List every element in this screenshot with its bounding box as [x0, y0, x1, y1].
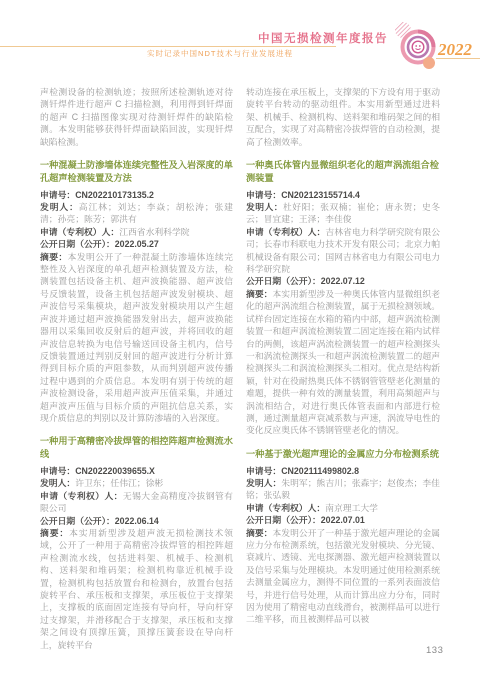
field-label: 申请（专利权）人：: [40, 227, 119, 237]
patent-title: 一种混凝土防渗墙体连续完整性及入岩深度的单孔超声检测装置及方法: [40, 159, 233, 185]
field-value: 2022.05.27: [115, 239, 159, 249]
patent-entry: 一种用于高精密冷拔焊管的相控阵超声检测流水线 申请号：CN20222003965…: [40, 435, 233, 651]
field-application-no: 申请号：CN202123155714.4: [246, 189, 440, 201]
page-header: 实时记录中国NDT技术与行业发展进程 中国无损检测年度报告: [0, 0, 480, 70]
field-label: 申请号：: [40, 190, 75, 200]
header-rule-right: [436, 58, 480, 59]
abstract-text: 本实用新型涉及超声波无损检测技术领域，公开了一种用于高精密冷拔焊管的相控阵超声检…: [40, 528, 233, 650]
abstract-text: 本发明公开了一种基于激光超声理论的金属应力分布检测系统，包括激光发射模块、分光镜…: [246, 528, 440, 625]
field-label: 发明人：: [40, 478, 75, 488]
field-value: CN202220039655.X: [75, 466, 155, 476]
field-label: 申请（专利权）人：: [246, 227, 325, 237]
field-value: 江西省水利科学院: [119, 227, 189, 237]
ndt-report-logo-icon: [392, 20, 438, 70]
abstract-label: 摘要：: [246, 528, 272, 538]
field-label: 申请（专利权）人：: [40, 491, 123, 501]
field-label: 申请（专利权）人：: [246, 503, 325, 513]
abstract-label: 摘要：: [246, 289, 272, 299]
field-publication-date: 公开日期（公开）：2022.05.27: [40, 238, 233, 250]
field-application-no: 申请号：CN202220039655.X: [40, 465, 233, 477]
field-application-no: 申请号：CN202210173135.2: [40, 189, 233, 201]
abstract-label: 摘要：: [40, 252, 68, 262]
field-inventors: 发明人：杜好阳；张双楠；崔伦；唐永贺；史冬云；冒宜建；王泽；李佳俊: [246, 201, 440, 226]
field-publication-date: 公开日期（公开）：2022.07.12: [246, 275, 440, 287]
year-label: 2022: [438, 40, 472, 60]
field-label: 发明人：: [246, 478, 281, 488]
patent-entry: 一种奥氏体管内显微组织老化的超声涡流组合检测装置 申请号：CN202123155…: [246, 159, 440, 437]
field-value: 南京理工大学: [325, 503, 378, 513]
report-title: 中国无损检测年度报告: [258, 30, 388, 46]
continued-paragraph: 转动连接在承压板上，支撑架的下方设有用于驱动旋转平台转动的驱动组件。本实用新型通…: [246, 86, 440, 148]
continued-paragraph: 声检测设备的检测轨迹；按照所述检测轨迹对待测钎焊件进行超声 C 扫描检测，利用得…: [40, 86, 233, 148]
patent-abstract: 摘要：本发明公开了一种混凝土防渗墙体连续完整性及入岩深度的单孔超声检测装置及方法…: [40, 251, 233, 425]
abstract-label: 摘要：: [40, 528, 69, 538]
field-label: 发明人：: [246, 202, 283, 212]
patent-entry: 一种基于激光超声理论的金属应力分布检测系统 申请号：CN202111499802…: [246, 448, 440, 626]
patent-abstract: 摘要：本实用新型涉及超声波无损检测技术领域，公开了一种用于高精密冷拔焊管的相控阵…: [40, 527, 233, 651]
field-value: CN202210173135.2: [75, 190, 154, 200]
field-applicant: 申请（专利权）人：吉林省电力科学研究院有限公司；长春市科联电力技术开发有限公司；…: [246, 226, 440, 276]
field-label: 公开日期（公开）：: [40, 239, 115, 249]
field-value: 2022.07.01: [321, 515, 365, 525]
patent-entry: 一种混凝土防渗墙体连续完整性及入岩深度的单孔超声检测装置及方法 申请号：CN20…: [40, 159, 233, 424]
report-page: 实时记录中国NDT技术与行业发展进程 中国无损检测年度报告: [0, 0, 480, 679]
field-value: CN202111499802.8: [281, 466, 359, 476]
field-label: 申请号：: [40, 466, 75, 476]
field-label: 公开日期（公开）：: [40, 516, 115, 526]
field-label: 公开日期（公开）：: [246, 515, 321, 525]
logo-svg: [392, 20, 438, 70]
field-applicant: 申请（专利权）人：江西省水利科学院: [40, 226, 233, 238]
field-label: 发明人：: [40, 202, 79, 212]
patent-title: 一种基于激光超声理论的金属应力分布检测系统: [246, 448, 440, 461]
field-inventors: 发明人：高江林；刘达；李焱；胡松涛；张建清；孙亮；陈芳；郭洪有: [40, 201, 233, 226]
field-publication-date: 公开日期（公开）：2022.07.01: [246, 514, 440, 526]
field-label: 申请号：: [246, 190, 281, 200]
field-applicant: 申请（专利权）人：无锡大金高精度冷拔钢管有限公司: [40, 490, 233, 515]
field-applicant: 申请（专利权）人：南京理工大学: [246, 502, 440, 514]
field-value: 2022.06.14: [115, 516, 159, 526]
left-column: 声检测设备的检测轨迹；按照所述检测轨迹对待测钎焊件进行超声 C 扫描检测，利用得…: [40, 86, 233, 651]
right-column: 转动连接在承压板上，支撑架的下方设有用于驱动旋转平台转动的驱动组件。本实用新型通…: [246, 86, 440, 626]
patent-abstract: 摘要：本发明公开了一种基于激光超声理论的金属应力分布检测系统，包括激光发射模块、…: [246, 527, 440, 626]
field-value: 2022.07.12: [321, 276, 365, 286]
field-inventors: 发明人：许卫东；任伟江；徐彬: [40, 477, 233, 489]
field-value: 许卫东；任伟江；徐彬: [75, 478, 163, 488]
patent-title: 一种奥氏体管内显微组织老化的超声涡流组合检测装置: [246, 159, 440, 185]
header-subtitle: 实时记录中国NDT技术与行业发展进程: [0, 48, 440, 59]
patent-abstract: 摘要：本实用新型涉及一种奥氏体管内显微组织老化的超声涡流组合检测装置，属于无损检…: [246, 288, 440, 437]
abstract-text: 本发明公开了一种混凝土防渗墙体连续完整性及入岩深度的单孔超声检测装置及方法，检测…: [40, 252, 233, 423]
field-application-no: 申请号：CN202111499802.8: [246, 465, 440, 477]
patent-title: 一种用于高精密冷拔焊管的相控阵超声检测流水线: [40, 435, 233, 461]
field-label: 公开日期（公开）：: [246, 276, 321, 286]
page-number: 133: [426, 645, 443, 656]
abstract-text: 本实用新型涉及一种奥氏体管内显微组织老化的超声涡流组合检测装置，属于无损检测领域…: [246, 289, 440, 435]
field-value: CN202123155714.4: [281, 190, 360, 200]
field-label: 申请号：: [246, 466, 281, 476]
header-rule-left: [0, 46, 336, 47]
field-publication-date: 公开日期（公开）：2022.06.14: [40, 515, 233, 527]
field-inventors: 发明人：朱明军；熊吉川；张森宇；赵俊杰；李佳铭；张弘毅: [246, 477, 440, 502]
